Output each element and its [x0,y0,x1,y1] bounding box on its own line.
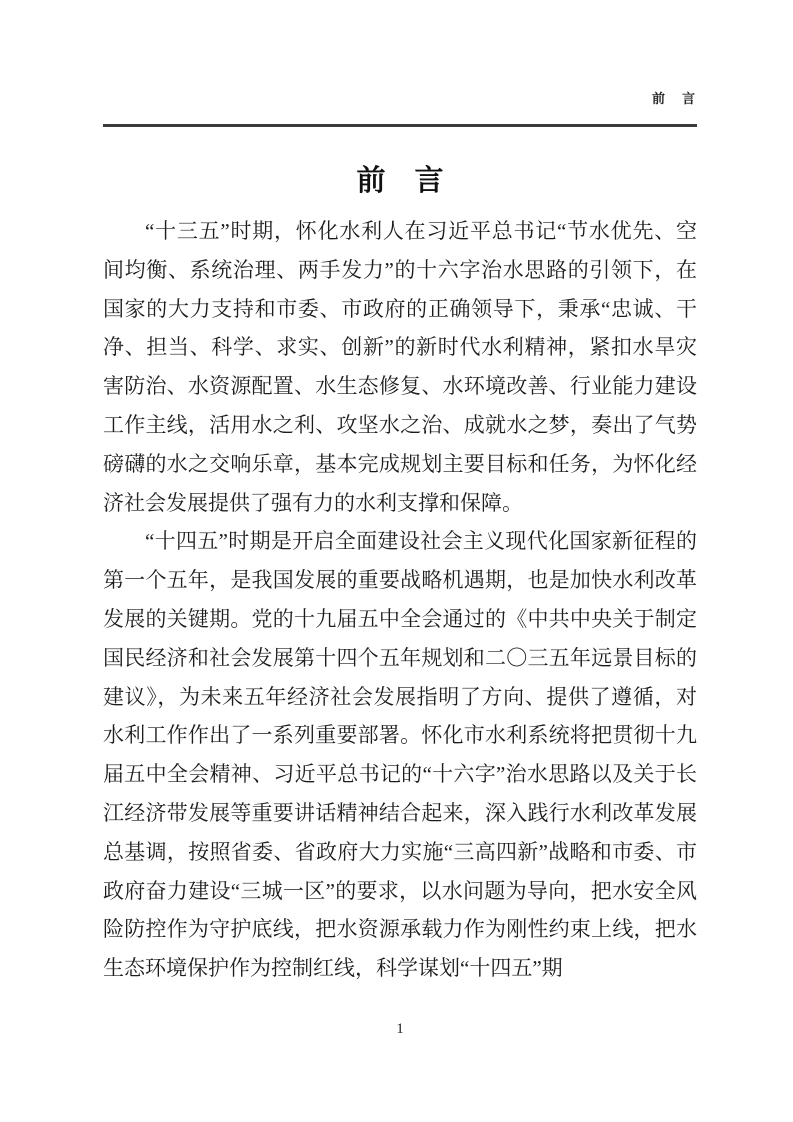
running-header-title: 前 言 [652,91,697,106]
paragraph-1: “十三五”时期，怀化水利人在习近平总书记“节水优先、空间均衡、系统治理、两手发力… [103,212,697,522]
running-header: 前 言 [103,88,697,107]
page-number: 1 [103,1021,697,1038]
header-rule [103,124,697,127]
page-title: 前 言 [103,158,697,199]
document-page: 前 言 前 言 “十三五”时期，怀化水利人在习近平总书记“节水优先、空间均衡、系… [0,0,793,1122]
paragraph-2: “十四五”时期是开启全面建设社会主义现代化国家新征程的第一个五年，是我国发展的重… [103,522,697,988]
document-body: “十三五”时期，怀化水利人在习近平总书记“节水优先、空间均衡、系统治理、两手发力… [103,212,697,988]
